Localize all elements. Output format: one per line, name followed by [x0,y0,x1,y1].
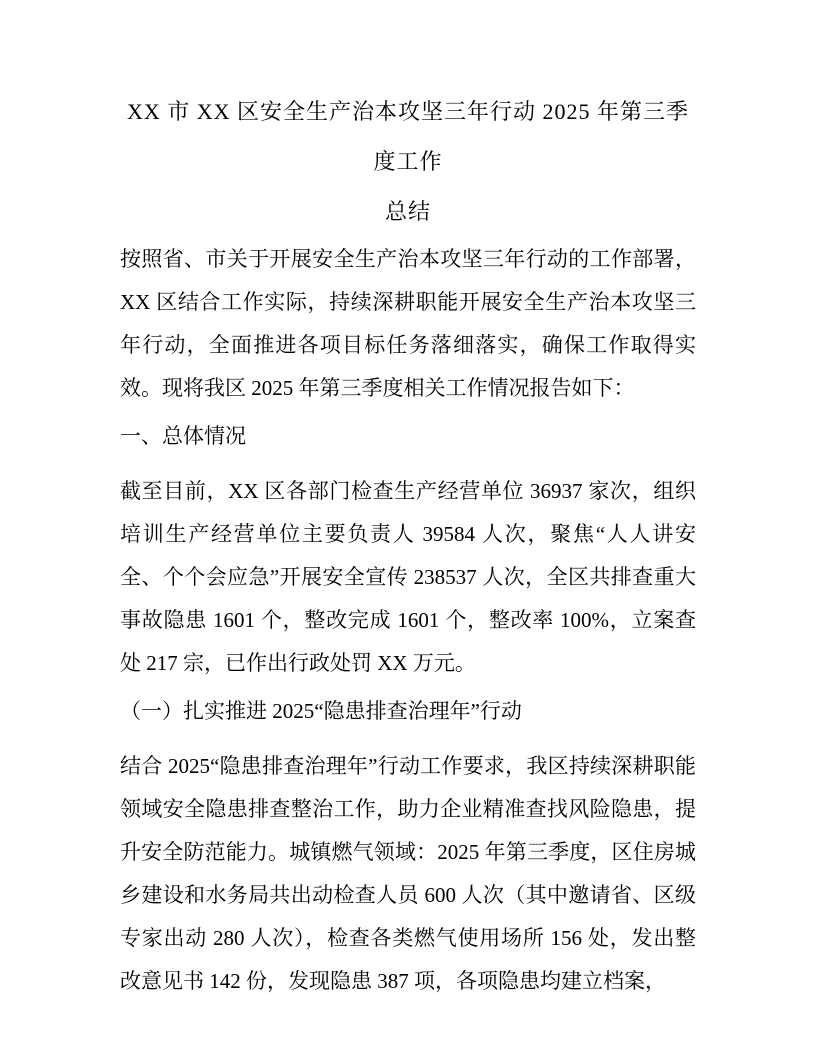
heading-section-overall: 一、总体情况 [120,415,696,458]
document-title-line-1: XX 市 XX 区安全生产治本攻坚三年行动 2025 年第三季度工作 [120,87,696,187]
document-page: XX 市 XX 区安全生产治本攻坚三年行动 2025 年第三季度工作 总结 按照… [0,0,816,1056]
paragraph-overall-stats: 截至目前，XX 区各部门检查生产经营单位 36937 家次，组织培训生产经营单位… [120,470,696,685]
heading-subsection-hazard-year: （一）扎实推进 2025“隐患排查治理年”行动 [120,690,696,733]
paragraph-intro: 按照省、市关于开展安全生产治本攻坚三年行动的工作部署，XX 区结合工作实际，持续… [120,238,696,410]
paragraph-hazard-action: 结合 2025“隐患排查治理年”行动工作要求，我区持续深耕职能领域安全隐患排查整… [120,745,696,1003]
document-body: XX 市 XX 区安全生产治本攻坚三年行动 2025 年第三季度工作 总结 按照… [120,87,696,1003]
document-title: XX 市 XX 区安全生产治本攻坚三年行动 2025 年第三季度工作 总结 [120,87,696,237]
document-title-line-2: 总结 [120,187,696,237]
